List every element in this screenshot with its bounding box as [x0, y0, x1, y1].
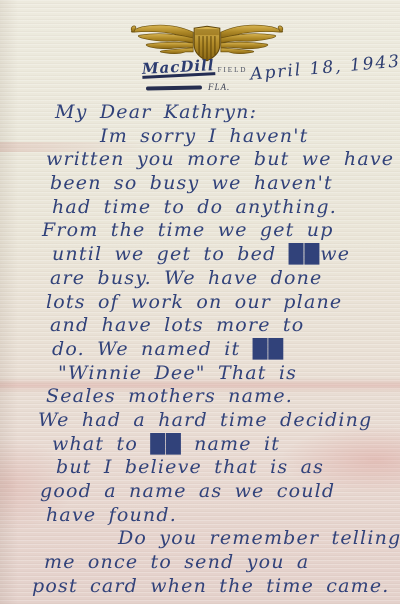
letter-line: and have lots more to [30, 314, 400, 338]
letter-line: good a name as we could [30, 480, 400, 504]
letter-line: do. We named it ██ [30, 338, 400, 362]
letter-paper: MacDillFIELD FLA. April 18, 1943 My Dear… [0, 0, 400, 604]
letter-line: had time to do anything. [30, 196, 400, 220]
letter-line: but I believe that is as [30, 456, 400, 480]
handwritten-field-name: MacDill [142, 59, 215, 79]
crossed-out-city [146, 85, 202, 90]
letter-line: We had a hard time deciding [30, 409, 400, 433]
letter-line: lots of work on our plane [30, 291, 400, 315]
letter-line: are busy. We have done [30, 267, 400, 291]
letter-line: have found. [30, 504, 400, 528]
letter-line: My Dear Kathryn: [30, 101, 400, 125]
letter-line: Im sorry I haven't [30, 125, 400, 149]
letter-line: been so busy we haven't [30, 172, 400, 196]
letter-body: My Dear Kathryn:Im sorry I haven'twritte… [30, 101, 400, 598]
letterhead: MacDillFIELD FLA. [142, 60, 247, 94]
letter-line: "Winnie Dee" That is [30, 362, 400, 386]
letter-line: until we get to bed ██we [30, 243, 400, 267]
letter-line: From the time we get up [30, 219, 400, 243]
letter-line: what to ██ name it [30, 433, 400, 457]
letter-line: me once to send you a [30, 551, 400, 575]
printed-field-label: FIELD [218, 66, 248, 74]
letter-line: Do you remember telling [30, 527, 400, 551]
paper-edge-shade [0, 0, 18, 604]
letter-line: written you more but we have [30, 148, 400, 172]
printed-state-label: FLA. [208, 82, 230, 92]
letter-line: Seales mothers name. [30, 385, 400, 409]
letter-line: post card when the time came. [30, 575, 400, 599]
